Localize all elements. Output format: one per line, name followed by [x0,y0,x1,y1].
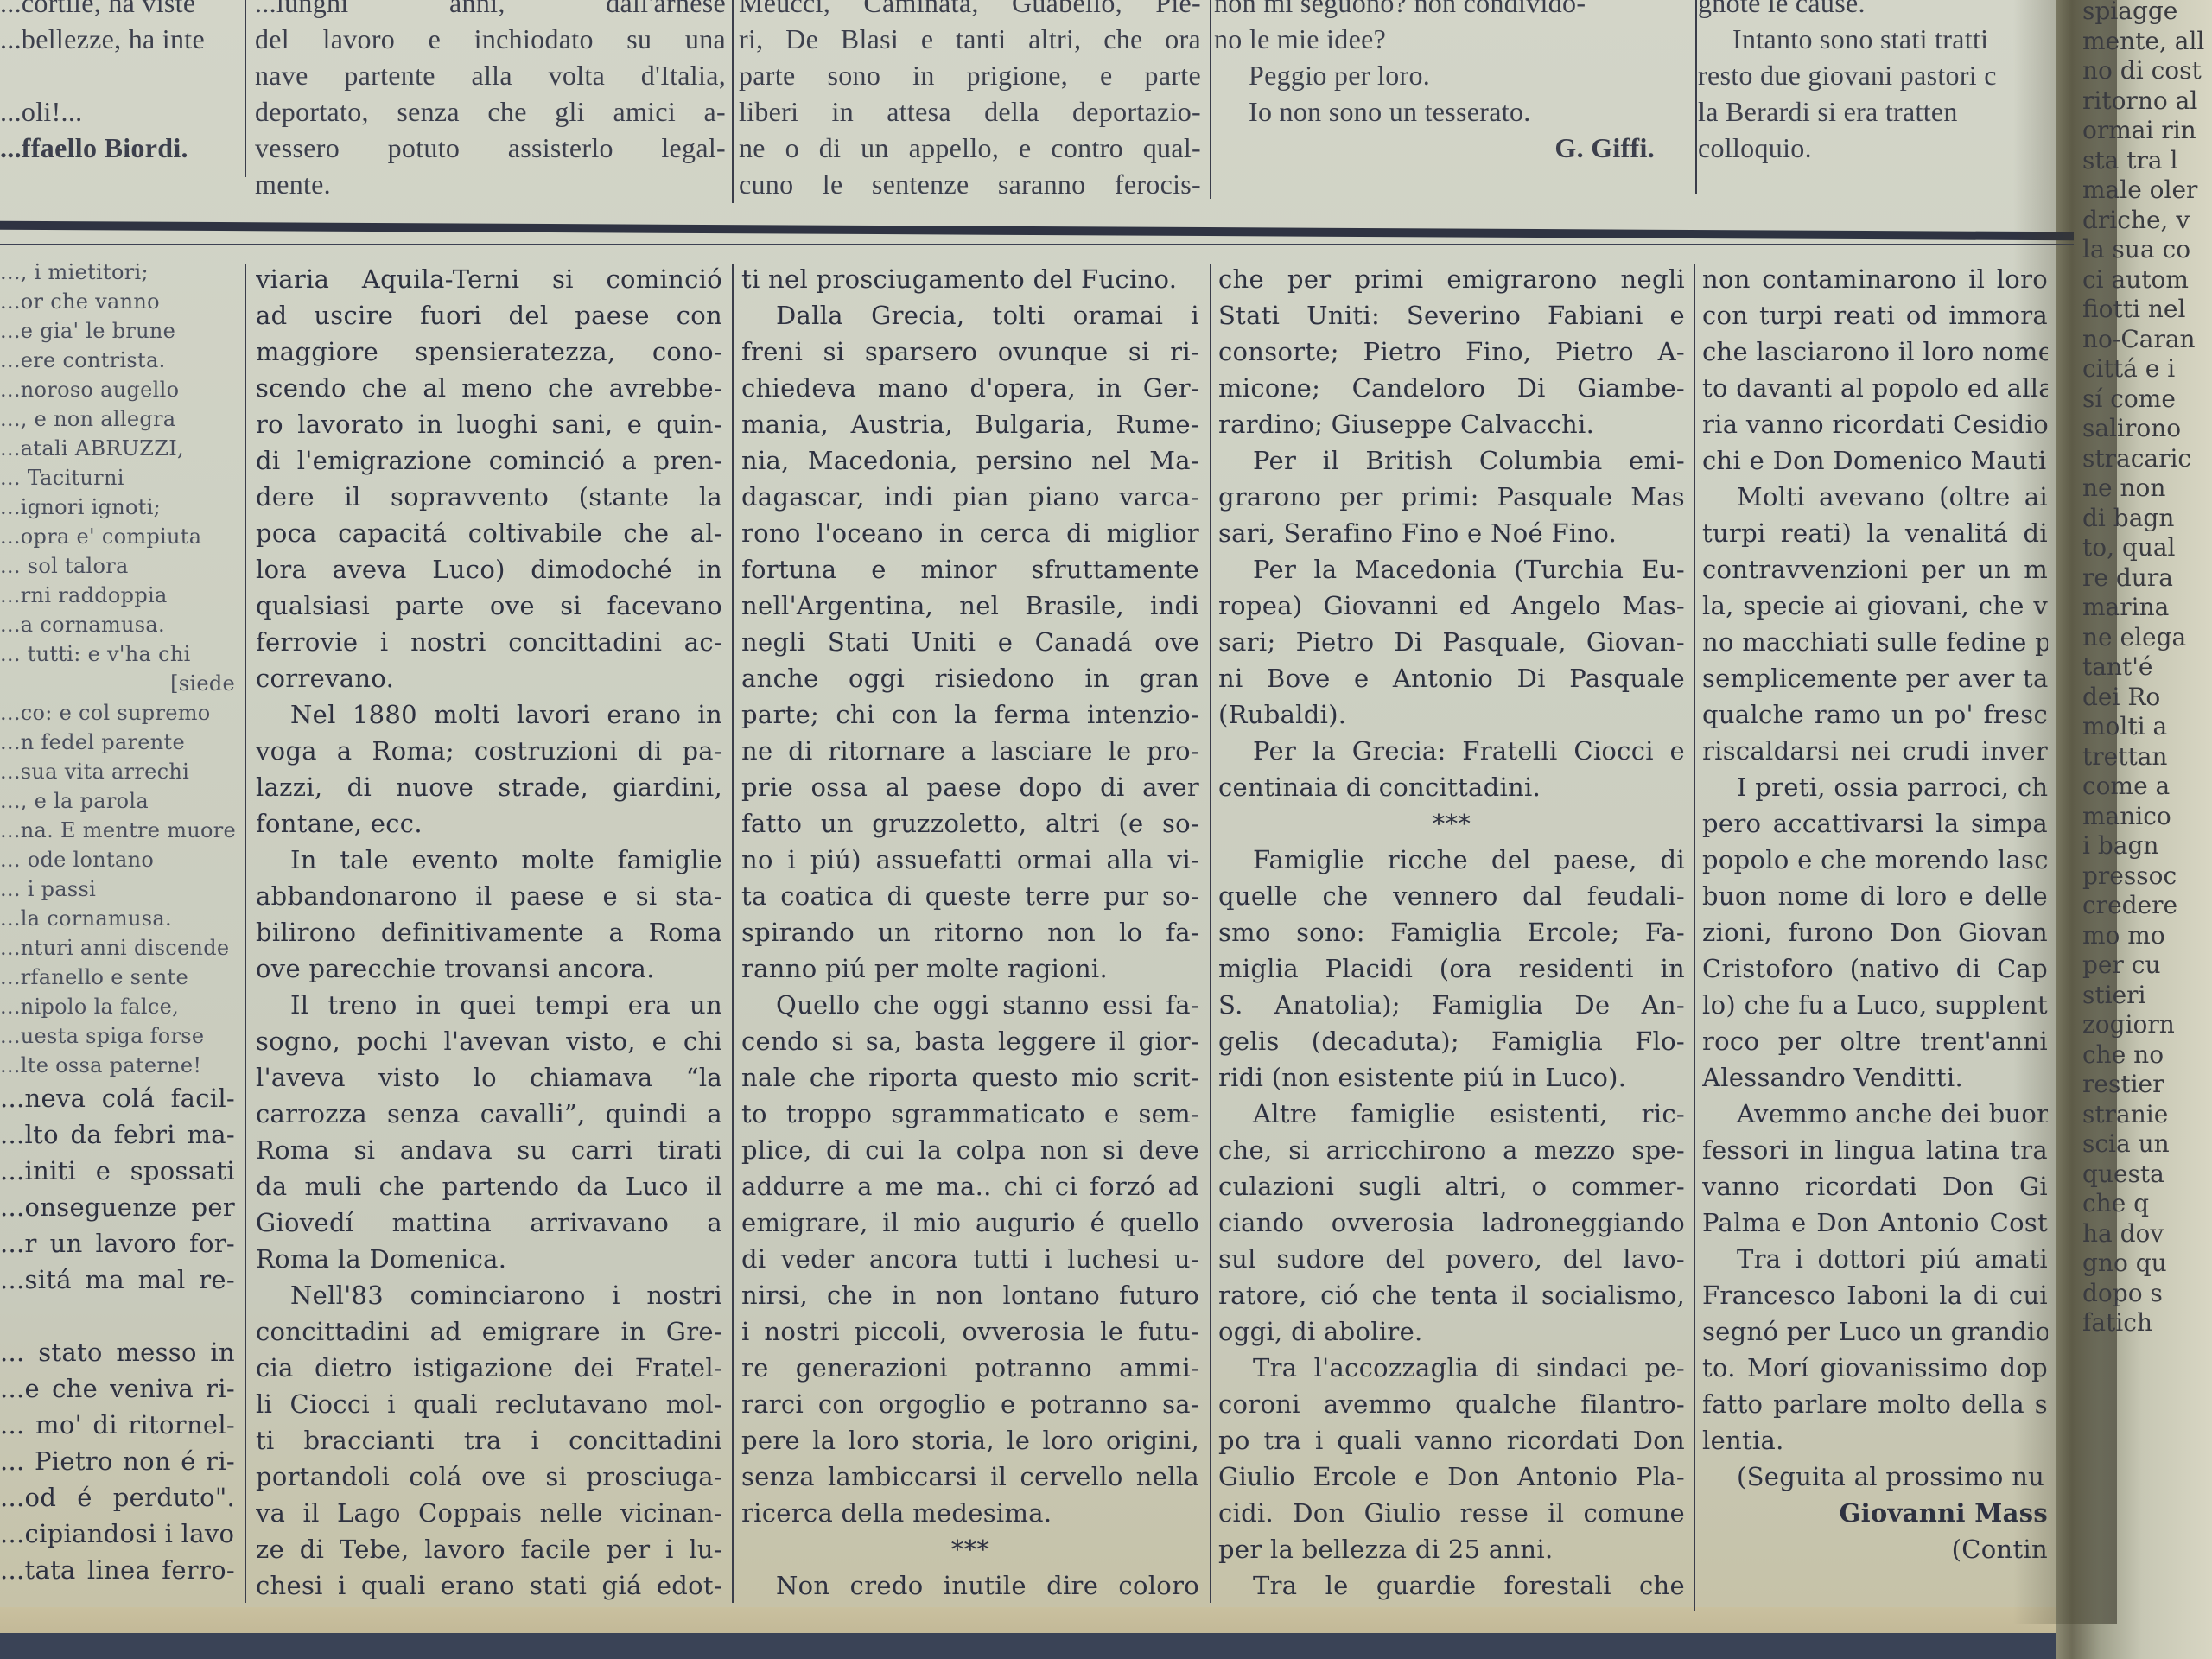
column-rule [1210,0,1211,199]
text-line: Roma la Domenica. [256,1241,722,1277]
column-rule [1210,264,1211,1603]
text-line: spirando un ritorno non lo fa- [741,914,1199,950]
text-line: to davanti al popolo ed alla [1702,370,2048,406]
text-line: chesi i quali erano stati giá edot- [256,1567,722,1604]
text-line: vessero potuto assisterlo legal- [255,130,726,166]
text-line: la sua co [2082,235,2204,265]
text-line: Nel 1880 molti lavori erano in [256,696,722,733]
text-line: voga a Roma; costruzioni di pa- [256,733,722,769]
text-line: come a [2082,772,2204,802]
text-line: ...e che veniva ri- [0,1370,235,1407]
text-line: che no [2082,1040,2204,1071]
text-line: ...lunghi anni, dall'arnese [255,0,726,21]
column-rule [732,0,734,203]
text-line: sogno, pochi l'avevan visto, e chi [256,1023,722,1059]
text-line: la Berardi si era tratten [1698,93,2061,130]
text-line [0,1298,235,1334]
poem-line: ...uesta spiga forse [0,1021,235,1051]
poem-line: ...noroso augello [0,375,235,404]
text-line: contravvenzioni per un m [1702,551,2048,588]
text-line: stieri [2082,981,2204,1011]
text-line: parte sono in prigione, e parte [739,57,1201,93]
text-line: fessori in lingua latina tra [1702,1132,2048,1168]
text-line: driche, v [2082,206,2204,236]
text-line: sari, Serafino Fino e Noé Fino. [1218,515,1685,551]
text-line: mo mo [2082,921,2204,951]
text-line: buon nome di loro e delle [1702,878,2048,914]
text-line: cuno le sentenze saranno ferocis- [739,166,1201,202]
text-line: per cu [2082,950,2204,981]
text-line: negli Stati Uniti e Canadá ove [741,624,1199,660]
text-line: questa [2082,1160,2204,1190]
top-column-d: non mi seguono? non condivido-no le mie … [1214,0,1655,166]
text-line: i nostri piccoli, ovverosia le futu- [741,1313,1199,1350]
text-line: manico [2082,802,2204,832]
text-line: ...r un lavoro for- [0,1225,235,1262]
text-line: In tale evento molte famiglie [256,842,722,878]
poem-line: ... tutti: e v'ha chi [0,639,235,669]
text-line: ha dov [2082,1219,2204,1249]
column-rule [245,264,246,1603]
text-line: liberi in attesa della deportazio- [739,93,1201,130]
text-line: non mi seguono? non condivido- [1214,0,1655,21]
text-line: Palma e Don Antonio Cost [1702,1205,2048,1241]
text-line: zioni, furono Don Giovan [1702,914,2048,950]
text-line: no macchiati sulle fedine p [1702,624,2048,660]
text-line: addurre a me ma.. chi ci forzó ad [741,1168,1199,1205]
text-line: prie ossa al paese dopo di aver [741,769,1199,805]
text-line: deportato, senza che gli amici a- [255,93,726,130]
poem-line: ... i passi [0,874,235,904]
text-line: lora aveva Luco) dimodoché in [256,551,722,588]
text-line: ...onseguenze per [0,1189,235,1225]
text-line: che q [2082,1189,2204,1219]
top-column-a: ...cortile, ha viste...bellezze, ha inte… [0,0,233,166]
text-line: pere la loro storia, le loro origini, [741,1422,1199,1459]
text-line: lo) che fu a Luco, supplent [1702,987,2048,1023]
poem-line: ... ode lontano [0,845,235,874]
text-line: lentia. [1702,1422,2048,1459]
text-line: con turpi reati od immora [1702,297,2048,334]
text-line: Francesco Iaboni la di cui [1702,1277,2048,1313]
text-line: sta tra l [2082,146,2204,176]
text-line: dopo s [2082,1279,2204,1309]
text-line: dei Ro [2082,683,2204,713]
text-line: ferrovie i nostri concittadini ac- [256,624,722,660]
text-line: *** [741,1531,1199,1567]
text-line: Molti avevano (oltre ai [1702,479,2048,515]
text-line: mente. [255,166,726,202]
text-line: ...od é perduto". [0,1479,235,1516]
top-column-b: ...lunghi anni, dall'arnesedel lavoro e … [255,0,726,202]
text-line: concittadini ad emigrare in Gre- [256,1313,722,1350]
text-line: ne di ritornare a lasciare le pro- [741,733,1199,769]
text-line: semplicemente per aver ta [1702,660,2048,696]
text-line: Non credo inutile dire coloro [741,1567,1199,1604]
text-line: I preti, ossia parroci, ch [1702,769,2048,805]
column-rule [245,0,246,177]
text-line: Stati Uniti: Severino Fabiani e [1218,297,1685,334]
text-line: abbandonarono il paese e si sta- [256,878,722,914]
text-line: sul sudore del povero, del lavo- [1218,1241,1685,1277]
text-line: Giovedí mattina arrivavano a [256,1205,722,1241]
text-line: Alessandro Venditti. [1702,1059,2048,1096]
text-line: qualsiasi parte ove si facevano [256,588,722,624]
text-line: che lasciarono il loro nome [1702,334,2048,370]
text-line: fontane, ecc. [256,805,722,842]
text-line: sari; Pietro Di Pasquale, Giovan- [1218,624,1685,660]
text-line: carrozza senza cavalli”, quindi a [256,1096,722,1132]
text-line: Roma si andava su carri tirati [256,1132,722,1168]
poem-line: ...nipolo la falce, [0,992,235,1021]
text-line: rarci con orgoglio e potranno sa- [741,1386,1199,1422]
text-line: ratore, ció che tenta il socialismo, [1218,1277,1685,1313]
text-line: pressoc [2082,861,2204,892]
text-line: Dalla Grecia, tolti oramai i [741,297,1199,334]
poem-line: ...or che vanno [0,287,235,316]
text-line: nale che riporta questo mio scrit- [741,1059,1199,1096]
text-line: chiedeva mano d'opera, in Ger- [741,370,1199,406]
text-line: Giulio Ercole e Don Antonio Pla- [1218,1459,1685,1495]
text-line: no i piú) assuefatti ormai alla vi- [741,842,1199,878]
text-line: restier [2082,1070,2204,1100]
text-line: trettan [2082,742,2204,772]
text-line: ritorno al [2082,86,2204,117]
text-line: cia dietro istigazione dei Fratel- [256,1350,722,1386]
text-line: molti a [2082,712,2204,742]
text-line: resto due giovani pastori c [1698,57,2061,93]
text-line: no-Caran [2082,325,2204,355]
text-line: ... mo' di ritornel- [0,1407,235,1443]
text-line: del lavoro e inchiodato su una [255,21,726,57]
text-line: ni Bove e Antonio Di Pasquale [1218,660,1685,696]
text-line: scendo che al meno che avrebbe- [256,370,722,406]
text-line: Intanto sono stati tratti [1698,21,2061,57]
left-prose-column: ...neva colá facil-...lto da febri ma-..… [0,1080,235,1588]
text-line: vanno ricordati Don Gi [1702,1168,2048,1205]
poem-column: ..., i mietitori;...or che vanno...e gia… [0,257,235,1080]
text-line: ...tata linea ferro- [0,1552,235,1588]
text-line: ...bellezze, ha inte [0,21,233,57]
text-line: ria vanno ricordati Cesidio [1702,406,2048,442]
column-rule [732,264,734,1603]
text-line: ta coatica di queste terre pur so- [741,878,1199,914]
text-line: roco per oltre trent'anni [1702,1023,2048,1059]
text-line: Per la Macedonia (Turchia Eu- [1218,551,1685,588]
article-column-4: non contaminarono il lorocon turpi reati… [1702,261,2048,1567]
top-column-e: gnote le cause.Intanto sono stati tratti… [1698,0,2061,166]
text-line: ad uscire fuori del paese con [256,297,722,334]
text-line: ... stato messo in [0,1334,235,1370]
text-line: turpi reati) la venalitá di [1702,515,2048,551]
text-line: fortuna e minor sfruttamente [741,551,1199,588]
poem-line: ...nturi anni discende [0,933,235,963]
text-line: Il treno in quei tempi era un [256,987,722,1023]
poem-line: ...ere contrista. [0,346,235,375]
text-line: Tra l'accozzaglia di sindaci pe- [1218,1350,1685,1386]
text-line: di l'emigrazione cominció a pren- [256,442,722,479]
text-line: fatto un gruzzoletto, altri (e so- [741,805,1199,842]
text-line: anche oggi risiedono in gran [741,660,1199,696]
text-line: Famiglie ricche del paese, di [1218,842,1685,878]
text-line: Quello che oggi stanno essi fa- [741,987,1199,1023]
text-line: da muli che partendo da Luco il [256,1168,722,1205]
text-line: stranie [2082,1100,2204,1130]
text-line: emigrare, il mio augurio é quello [741,1205,1199,1241]
text-line: popolo e che morendo lasc [1702,842,2048,878]
text-line: la, specie ai giovani, che v [1702,588,2048,624]
text-line: stracaric [2082,444,2204,474]
text-line: pero accattivarsi la simpa [1702,805,2048,842]
text-line: (Rubaldi). [1218,696,1685,733]
text-line: qualche ramo un po' fresc [1702,696,2048,733]
text-line: *** [1218,805,1685,842]
text-line: (Contin [1702,1531,2048,1567]
text-line: zogiorn [2082,1010,2204,1040]
text-line: che, si arricchirono a mezzo spe- [1218,1132,1685,1168]
text-line: culazioni sugli altri, o commer- [1218,1168,1685,1205]
text-line: correvano. [256,660,722,696]
text-line: riscaldarsi nei crudi inver [1702,733,2048,769]
text-line: gelis (decaduta); Famiglia Flo- [1218,1023,1685,1059]
author-signature: G. Giffi. [1214,130,1655,166]
text-line: nave partente alla volta d'Italia, [255,57,726,93]
text-line: cittá e i [2082,354,2204,385]
text-line: marina [2082,593,2204,623]
text-line: Tra i dottori piú amati [1702,1241,2048,1277]
text-line: che per primi emigrarono negli [1218,261,1685,297]
text-line: di bagn [2082,504,2204,534]
text-line: to troppo sgrammaticato e sem- [741,1096,1199,1132]
text-line: dere il sopravvento (stante la [256,479,722,515]
text-line: di veder ancora tutti i luchesi u- [741,1241,1199,1277]
text-line: ...sitá ma mal re- [0,1262,235,1298]
text-line: colloquio. [1698,130,2061,166]
text-line: ...ffaello Biordi. [0,130,233,166]
text-line: spiagge [2082,0,2204,27]
text-line: poca capacitá coltivabile che al- [256,515,722,551]
text-line: nell'Argentina, nel Brasile, indi [741,588,1199,624]
next-page-column: spiaggemente, allno di costritorno alorm… [2082,0,2204,1338]
text-line: scia un [2082,1129,2204,1160]
poem-line: ...ignori ignoti; [0,493,235,522]
text-line: plice, di cui la colpa non si deve [741,1132,1199,1168]
text-line: po tra i quali vanno ricordati Don [1218,1422,1685,1459]
text-line: lazzi, di nuove strade, giardini, [256,769,722,805]
text-line: ...lto da febri ma- [0,1116,235,1153]
text-line: Nell'83 cominciarono i nostri [256,1277,722,1313]
column-rule [1695,0,1697,194]
text-line: ne elega [2082,623,2204,653]
text-line: micone; Candeloro Di Giambe- [1218,370,1685,406]
poem-line: ...lte ossa paterne! [0,1051,235,1080]
poem-line: ...co: e col supremo [0,698,235,728]
text-line: re dura [2082,563,2204,594]
poem-line: ..., e non allegra [0,404,235,434]
top-column-c: Meucci, Caminata, Guabello, Pie-ri, De B… [739,0,1201,202]
text-line: li Ciocci i quali reclutavano mol- [256,1386,722,1422]
text-line: ti nel prosciugamento del Fucino. [741,261,1199,297]
text-line: sí come [2082,385,2204,415]
text-line: grarono per primi: Pasquale Mas [1218,479,1685,515]
text-line: mania, Austria, Bulgaria, Rume- [741,406,1199,442]
text-line: Meucci, Caminata, Guabello, Pie- [739,0,1201,21]
text-line: smo sono: Famiglia Ercole; Fa- [1218,914,1685,950]
text-line: ropea) Giovanni ed Angelo Mas- [1218,588,1685,624]
text-line: i bagn [2082,831,2204,861]
poem-line: ... Taciturni [0,463,235,493]
text-line: dagascar, indi pian piano varca- [741,479,1199,515]
text-line: rardino; Giuseppe Calvacchi. [1218,406,1685,442]
text-line: viaria Aquila-Terni si cominció [256,261,722,297]
text-line: gno qu [2082,1249,2204,1279]
text-line: Avemmo anche dei buon [1702,1096,2048,1132]
text-line: mente, all [2082,27,2204,57]
text-line: oggi, di abolire. [1218,1313,1685,1350]
article-column-1: viaria Aquila-Terni si comincióad uscire… [256,261,722,1604]
text-line: va il Lago Coppais nelle vicinan- [256,1495,722,1531]
text-line: centinaia di concittadini. [1218,769,1685,805]
poem-line: ...na. E mentre muore [0,816,235,845]
text-line: ciando ovverosia ladroneggiando [1218,1205,1685,1241]
text-line: ...neva colá facil- [0,1080,235,1116]
text-line: bilirono definitivamente a Roma [256,914,722,950]
poem-line: ...atali ABRUZZI, [0,434,235,463]
text-line: segnó per Luco un grandio [1702,1313,2048,1350]
text-line: ove parecchie trovansi ancora. [256,950,722,987]
poem-line: ...rfanello e sente [0,963,235,992]
text-line: fatto parlare molto della s [1702,1386,2048,1422]
poem-line: [siede [0,669,235,698]
text-line: maggiore spensieratezza, cono- [256,334,722,370]
text-line: Per la Grecia: Fratelli Ciocci e [1218,733,1685,769]
text-line: to. Morí giovanissimo dop [1702,1350,2048,1386]
text-line [0,57,233,93]
text-line: salirono [2082,414,2204,444]
text-line: ...initi e spossati [0,1153,235,1189]
article-column-2: ti nel prosciugamento del Fucino.Dalla G… [741,261,1199,1604]
text-line: freni si sparsero ovunque si ri- [741,334,1199,370]
text-line: senza lambiccarsi il cervello nella [741,1459,1199,1495]
text-line: ormai rin [2082,116,2204,146]
text-line: Io non sono un tesserato. [1214,93,1655,130]
text-line: parte; chi con la ferma intenzio- [741,696,1199,733]
poem-line: ...a cornamusa. [0,610,235,639]
text-line: fatich [2082,1308,2204,1338]
text-line: nirsi, che in non lontano futuro [741,1277,1199,1313]
text-line: nia, Macedonia, persino nel Ma- [741,442,1199,479]
text-line: Peggio per loro. [1214,57,1655,93]
text-line: Tra le guardie forestali che [1218,1567,1685,1604]
text-line: rono l'oceano in cerca di miglior [741,515,1199,551]
section-divider-thin [0,244,2074,245]
text-line: (Seguita al prossimo nu [1702,1459,2048,1495]
poem-line: ...sua vita arrechi [0,757,235,786]
poem-line: ... sol talora [0,551,235,581]
text-line: Altre famiglie esistenti, ric- [1218,1096,1685,1132]
text-line: ri, De Blasi e tanti altri, che ora [739,21,1201,57]
text-line: to, qual [2082,533,2204,563]
poem-line: ..., i mietitori; [0,257,235,287]
text-line: ... Pietro non é ri- [0,1443,235,1479]
text-line: ne non [2082,474,2204,504]
text-line: portandoli colá ove si prosciuga- [256,1459,722,1495]
text-line: tant'é [2082,652,2204,683]
page-edge-shadow [0,1633,2212,1659]
text-line: S. Anatolia); Famiglia De An- [1218,987,1685,1023]
text-line: cendo si sa, basta leggere il gior- [741,1023,1199,1059]
text-line: l'aveva visto lo chiamava “la [256,1059,722,1096]
text-line: ...cipiandosi i lavo- [0,1516,235,1552]
text-line: no le mie idee? [1214,21,1655,57]
poem-line: ...la cornamusa. [0,904,235,933]
poem-line: ...e gia' le brune [0,316,235,346]
text-line: credere [2082,891,2204,921]
text-line: ranno piú per molte ragioni. [741,950,1199,987]
text-line: cidi. Don Giulio resse il comune [1218,1495,1685,1531]
text-line: chi e Don Domenico Mauti. [1702,442,2048,479]
text-line: consorte; Pietro Fino, Pietro A- [1218,334,1685,370]
text-line: ...cortile, ha viste [0,0,233,21]
text-line: ti braccianti tra i concittadini [256,1422,722,1459]
text-line: ci autom [2082,265,2204,296]
text-line: per la bellezza di 25 anni. [1218,1531,1685,1567]
text-line: Per il British Columbia emi- [1218,442,1685,479]
text-line: gnote le cause. [1698,0,2061,21]
text-line: ...oli!... [0,93,233,130]
text-line: ze di Tebe, lavoro facile per i lu- [256,1531,722,1567]
text-line: ne o di un appello, e contro qual- [739,130,1201,166]
text-line: re generazioni potranno ammi- [741,1350,1199,1386]
poem-line: ...rni raddoppia [0,581,235,610]
text-line: quelle che vennero dal feudali- [1218,878,1685,914]
text-line: non contaminarono il loro [1702,261,2048,297]
text-line: ro lavorato in luoghi sani, e quin- [256,406,722,442]
poem-line: ...n fedel parente [0,728,235,757]
article-column-3: che per primi emigrarono negliStati Unit… [1218,261,1685,1604]
text-line: fiotti nel [2082,295,2204,325]
poem-line: ..., e la parola [0,786,235,816]
text-line: coroni avemmo qualche filantro- [1218,1386,1685,1422]
text-line: miglia Placidi (ora residenti in [1218,950,1685,987]
text-line: Cristoforo (nativo di Cap [1702,950,2048,987]
text-line: ricerca della medesima. [741,1495,1199,1531]
text-line: no di cost [2082,56,2204,86]
text-line: Giovanni Mass [1702,1495,2048,1531]
text-line: ridi (non esistente piú in Luco). [1218,1059,1685,1096]
poem-line: ...opra e' compiuta [0,522,235,551]
text-line: male oler [2082,175,2204,206]
column-rule [1694,264,1695,1611]
